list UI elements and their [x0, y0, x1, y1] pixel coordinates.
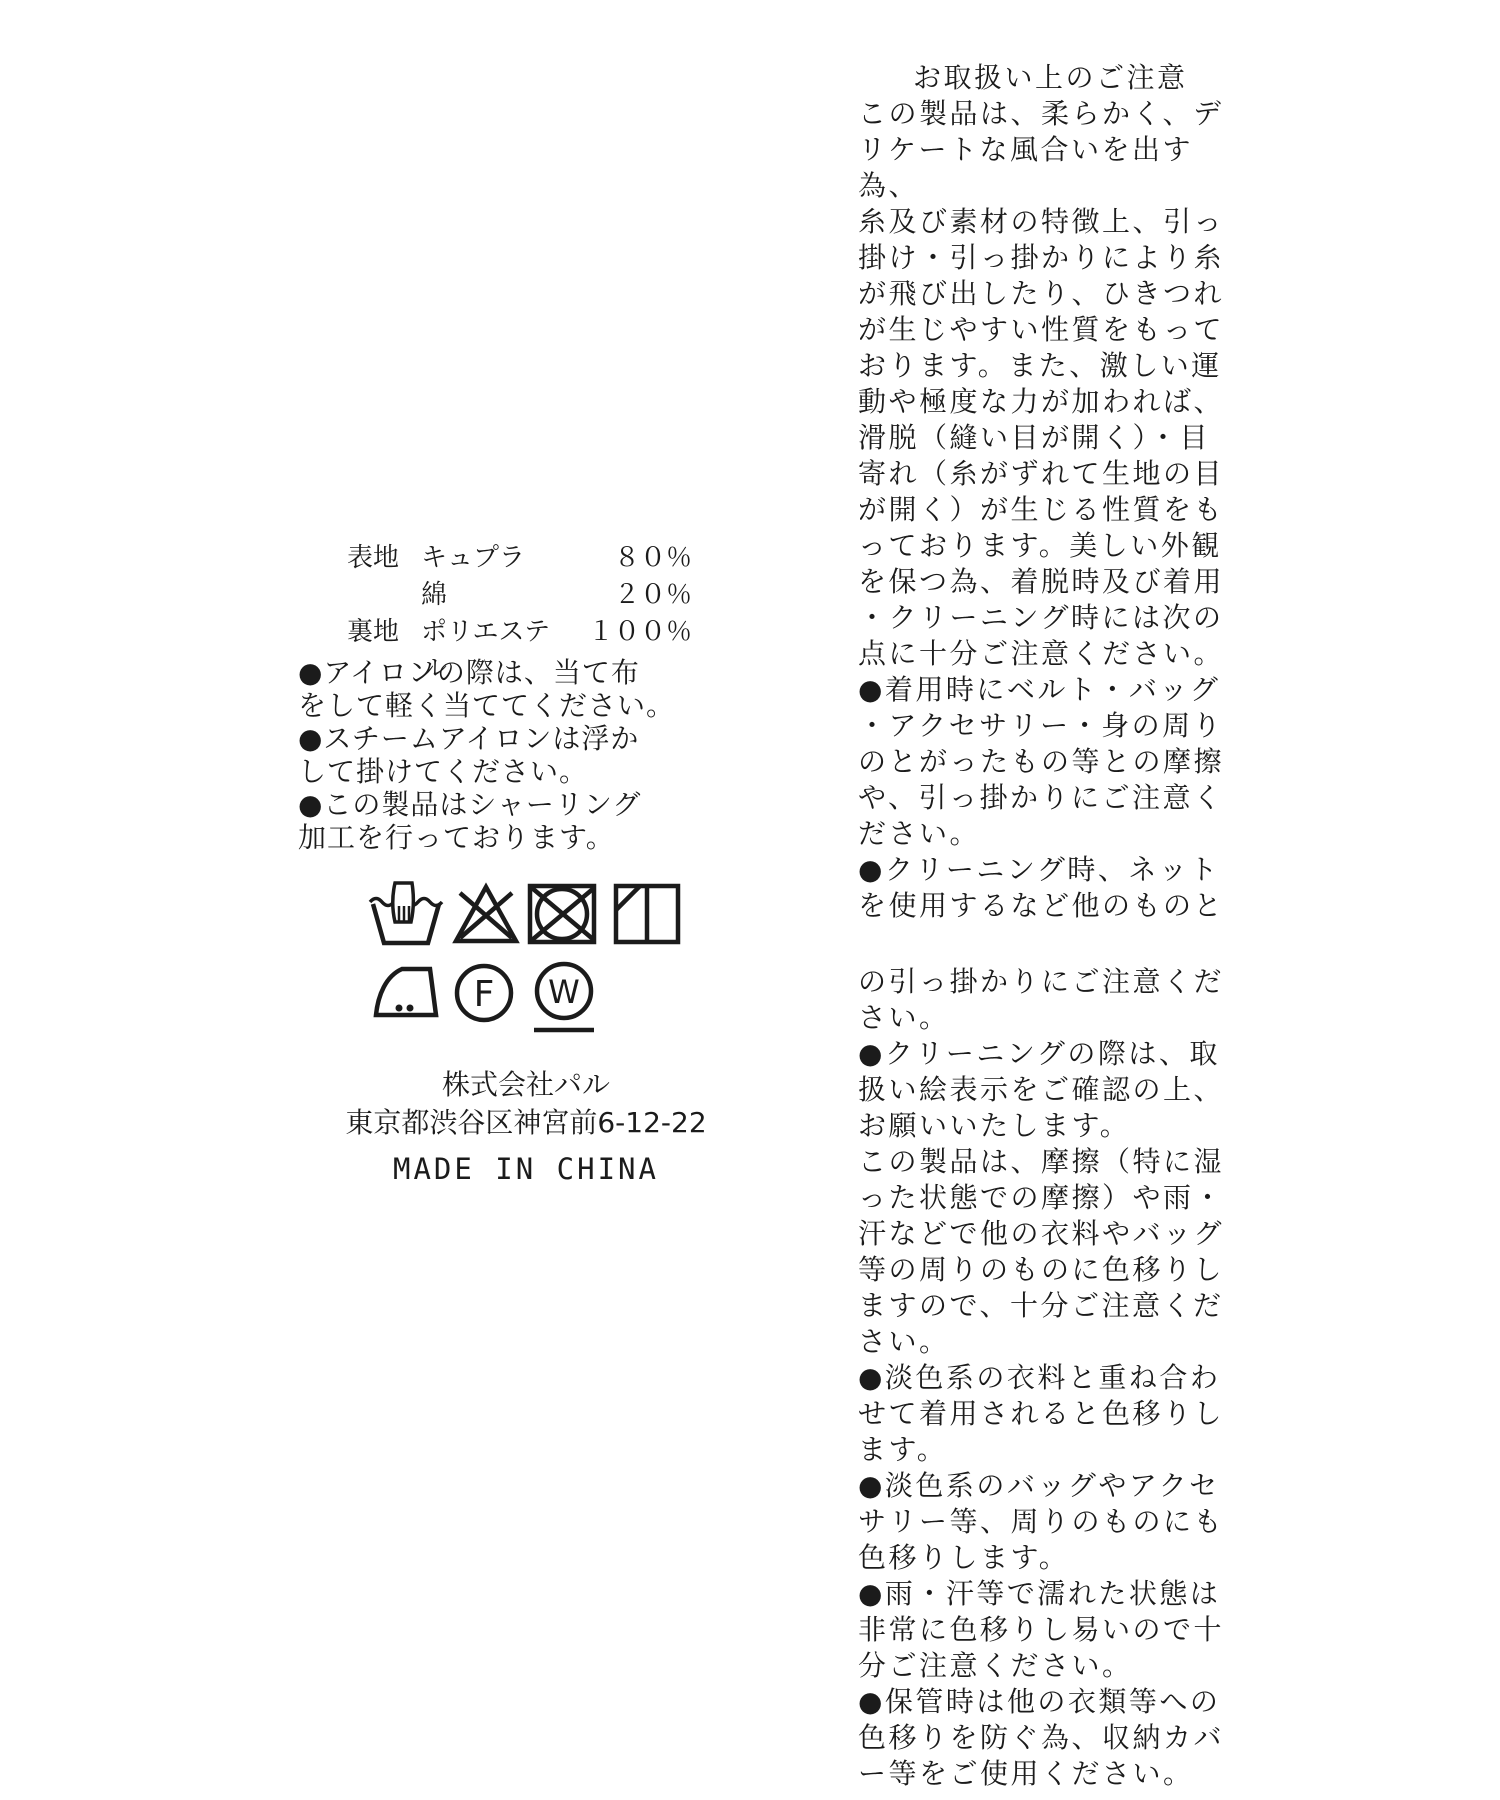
right-column: お取扱い上のご注意 この製品は、柔らかく、デ リケートな風合いを出す為、 糸及び…: [858, 60, 1242, 1792]
composition-row: 綿 ２０％: [298, 577, 692, 614]
svg-text:F: F: [474, 974, 495, 1015]
hand-wash-icon: [368, 881, 444, 947]
composition-row: 表地 キュプラ ８０％: [298, 540, 692, 577]
wet-clean-W-underline-icon: W: [532, 961, 596, 1035]
company-address: 東京都渋谷区神宮前6-12-22: [298, 1104, 754, 1142]
handling-notice-heading: お取扱い上のご注意: [858, 60, 1242, 96]
composition-material: 綿: [421, 577, 562, 614]
composition-percent: ８０％: [562, 540, 692, 577]
composition-part-label: 表地: [347, 540, 421, 577]
handling-notice-block-1: この製品は、柔らかく、デ リケートな風合いを出す為、 糸及び素材の特徴上、引っ …: [858, 96, 1242, 924]
country-of-origin: MADE IN CHINA: [298, 1152, 754, 1186]
left-column: 表地 キュプラ ８０％ 綿 ２０％ 裏地 ポリエステル １００％ ●アイロンの際…: [298, 540, 754, 1240]
care-label-page: 表地 キュプラ ８０％ 綿 ２０％ 裏地 ポリエステル １００％ ●アイロンの際…: [0, 0, 1500, 1800]
svg-text:W: W: [548, 973, 580, 1011]
ironing-care-notes: ●アイロンの際は、当て布 をして軽く当ててください。 ●スチームアイロンは浮か …: [298, 656, 675, 854]
handling-notice-block-2: の引っ掛かりにご注意くだ さい。 ●クリーニングの際は、取 扱い絵表示をご確認の…: [858, 964, 1242, 1792]
manufacturer-info: 株式会社パル 東京都渋谷区神宮前6-12-22 MADE IN CHINA: [298, 1066, 754, 1186]
company-name: 株式会社パル: [298, 1066, 754, 1104]
dry-clean-petroleum-F-icon: F: [452, 961, 516, 1025]
do-not-tumble-dry-icon: [526, 881, 598, 947]
composition-part-label: [347, 577, 421, 614]
do-not-bleach-icon: [452, 881, 520, 947]
iron-medium-icon: [372, 965, 440, 1019]
composition-percent: ２０％: [562, 577, 692, 614]
composition-material: キュプラ: [421, 540, 562, 577]
line-dry-in-shade-icon: [612, 881, 682, 947]
